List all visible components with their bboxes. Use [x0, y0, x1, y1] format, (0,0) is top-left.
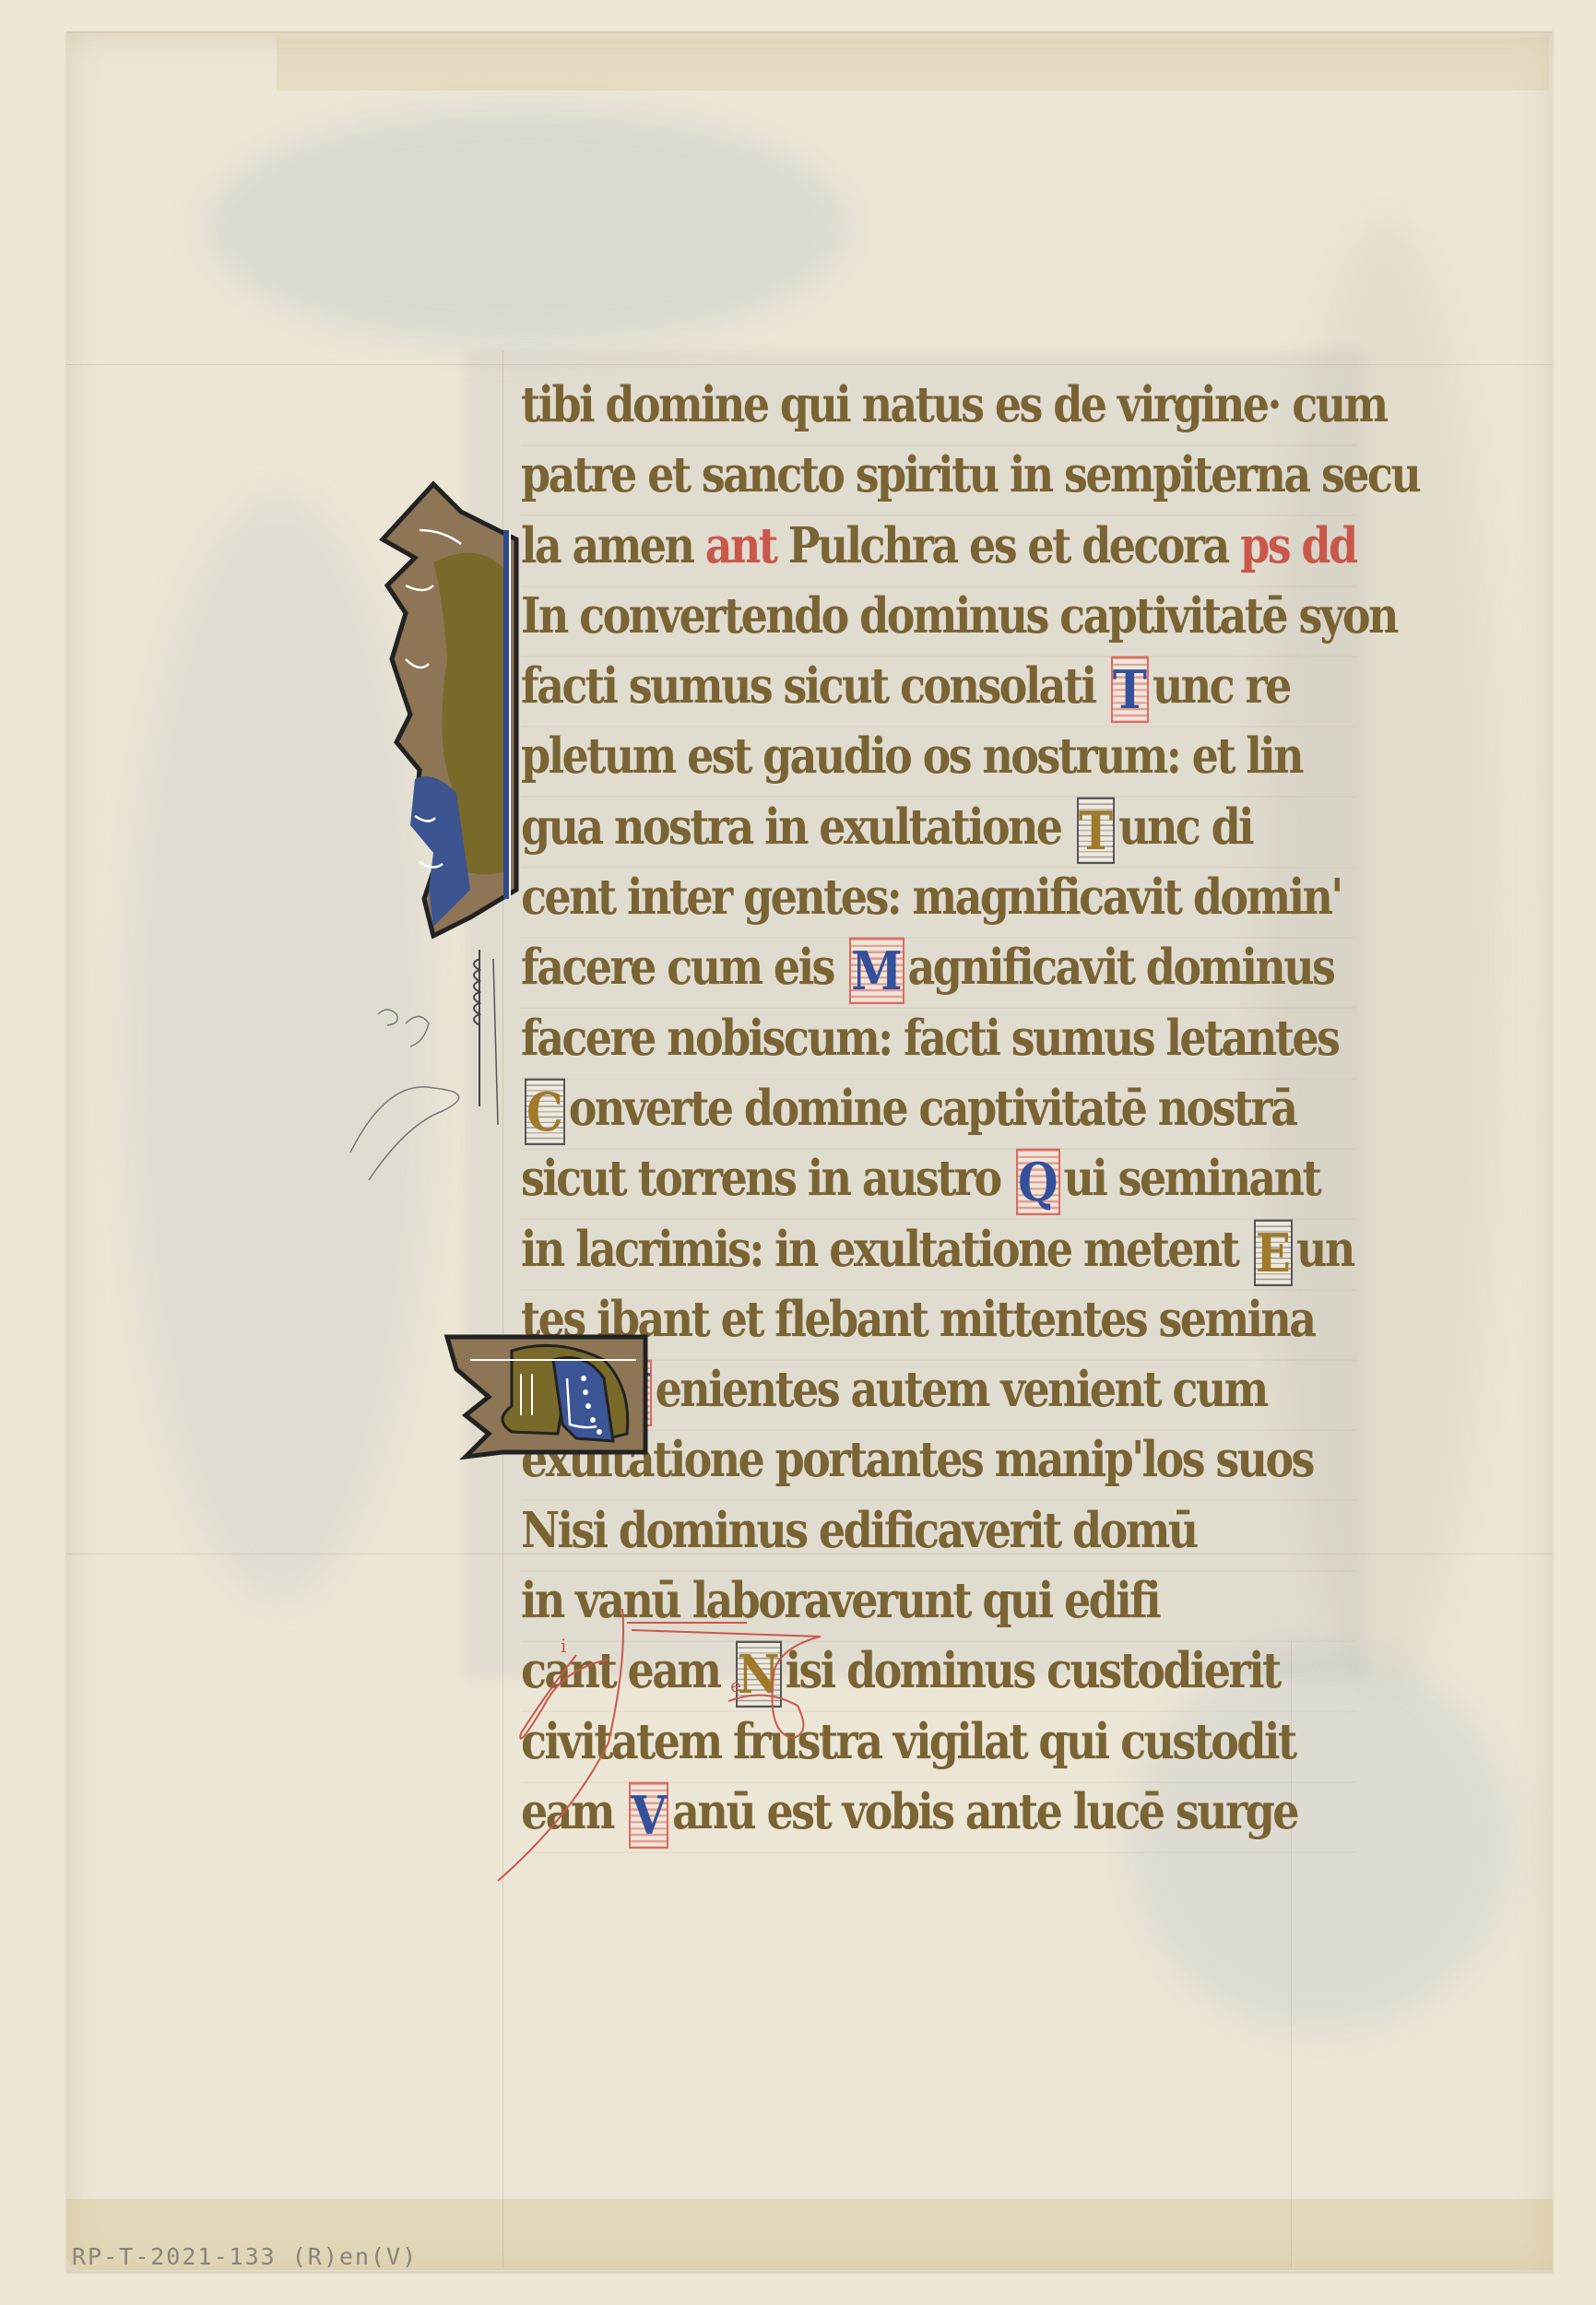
show-through-stain: [205, 107, 850, 347]
text-segment: unc di: [1118, 798, 1252, 856]
decorated-capital: M: [849, 938, 904, 1004]
text-line: tibi domine qui natus es de virgine· cum: [521, 365, 1355, 446]
rubric-text: ps dd: [1240, 516, 1355, 573]
inventory-label: RP-T-2021-133 (R)en(V): [72, 2243, 418, 2270]
text-line: facti sumus sicut consolati Tunc re: [521, 646, 1355, 727]
text-segment: unc re: [1153, 657, 1290, 715]
text-line: Converte domine captivitatē nostrā: [521, 1069, 1355, 1150]
text-line: gua nostra in exultatione Tunc di: [521, 787, 1355, 869]
text-segment: facti sumus sicut consolati: [521, 657, 1107, 715]
text-line: patre et sancto spiritu in sempiterna se…: [521, 436, 1355, 517]
decorated-capital: Q: [1016, 1149, 1060, 1215]
decorated-capital: E: [1254, 1219, 1293, 1285]
text-segment: enientes autem venient cum: [656, 1361, 1267, 1418]
text-line: pletum est gaudio os nostrum: et lin: [521, 717, 1355, 798]
text-segment: gua nostra in exultatione: [521, 798, 1073, 856]
text-line: in lacrimis: in exultatione metent Eun: [521, 1210, 1355, 1291]
text-segment: onverte domine captivitatē nostrā: [569, 1080, 1296, 1137]
text-segment: ui seminant: [1064, 1150, 1320, 1207]
rubric-text: ant: [705, 516, 776, 573]
text-line: In convertendo dominus captivitatē syon: [521, 576, 1355, 657]
text-line: Nisi dominus edificaverit domū: [521, 1491, 1355, 1572]
text-segment: la amen: [521, 516, 705, 573]
text-segment: pletum est gaudio os nostrum: et lin: [521, 727, 1302, 785]
red-pen-flourish: i e: [489, 1604, 857, 1881]
decorated-capital: T: [1111, 656, 1149, 723]
text-segment: cent inter gentes: magnificavit domin': [521, 869, 1342, 926]
text-segment: In convertendo dominus captivitatē syon: [521, 587, 1397, 644]
pen-guide-flourish: [350, 940, 535, 1180]
text-segment: in lacrimis: in exultatione metent: [521, 1220, 1250, 1277]
text-line: facere cum eis Magnificavit dominus: [521, 928, 1355, 1010]
text-segment: un: [1296, 1220, 1354, 1277]
initial-n-illumination: [438, 1323, 650, 1461]
text-segment: patre et sancto spiritu in sempiterna se…: [521, 446, 1419, 503]
margin-note-i: i: [561, 1635, 566, 1657]
text-segment: Nisi dominus edificaverit domū: [521, 1502, 1197, 1559]
text-line: cent inter gentes: magnificavit domin': [521, 857, 1355, 939]
text-segment: isi dominus custodierit: [786, 1642, 1280, 1699]
text-segment: agnificavit dominus: [908, 939, 1334, 996]
text-segment: facere cum eis: [521, 939, 845, 996]
text-line: facere nobiscum: facti sumus letantes: [521, 999, 1355, 1080]
decorated-capital: T: [1077, 797, 1115, 863]
initial-i-illumination: [378, 475, 526, 936]
margin-note-e: e: [730, 1674, 741, 1696]
text-segment: sicut torrens in austro: [521, 1150, 1012, 1207]
text-segment: Pulchra es et decora: [775, 516, 1240, 573]
text-line: la amen ant Pulchra es et decora ps dd: [521, 506, 1355, 587]
text-line: sicut torrens in austro Qui seminant: [521, 1140, 1355, 1221]
text-segment: tibi domine qui natus es de virgine· cum: [521, 376, 1387, 433]
text-segment: facere nobiscum: facti sumus letantes: [521, 1009, 1338, 1066]
hinge-tape-top: [277, 37, 1549, 90]
